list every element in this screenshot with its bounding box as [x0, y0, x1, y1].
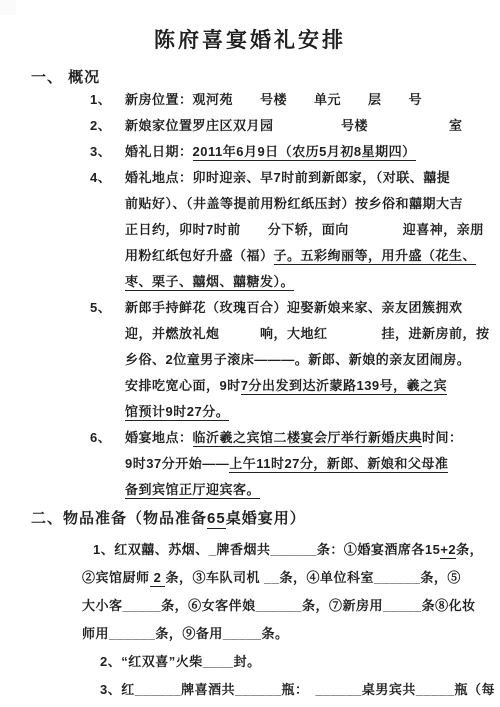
section1-item-3: 3、婚礼日期：2011年6月9日（农历5月初8星期四）	[0, 139, 500, 165]
text-segment: 安排吃宽心面，9时	[125, 378, 241, 393]
underlined-text: 65	[207, 510, 226, 529]
section2-heading: 二、物品准备（物品准备65桌婚宴用）	[31, 510, 500, 528]
section2-item-3-line-1: 3、红______牌喜酒共______瓶： ______桌男宾共_____瓶（每	[82, 676, 500, 704]
section1-item-5-line-1: 5、新郎手持鲜花（玫瑰百合）迎娶新娘来家、亲友团簇拥欢	[0, 295, 500, 321]
section1-item-1: 1、新房位置：观河苑 号楼 单元 层 号	[0, 87, 500, 113]
underlined-text: 馆预计9时27分。	[125, 404, 229, 421]
text-segment: 大小客_____条，⑥女客伴娘______条，⑦新房用_____条⑧化妆	[82, 598, 476, 613]
text-segment: 正日约，卯时7时前 分下轿，面向 迎喜神，亲朋	[125, 222, 484, 237]
scan-corner-artifact	[0, 0, 16, 15]
text-segment: 婚礼日期：	[125, 144, 193, 159]
section1-item-5-line-3: 乡俗、2位童男子滚床———。新郎、新娘的亲友团闹房。	[0, 347, 500, 373]
section1-item-5-line-2: 迎，并燃放礼炮 响，大地红 挂，进新房前，按	[0, 321, 500, 347]
page-title: 陈府喜宴婚礼安排	[0, 0, 500, 56]
underlined-text: 7分出发到达沂蒙路139号，羲之宾	[241, 378, 447, 395]
text-segment: 婚宴地点：	[125, 430, 193, 445]
section1-item-6-line-3: 备到宾馆正厅迎宾客。	[0, 477, 500, 503]
text-segment: 桌婚宴用）	[226, 510, 306, 527]
section1-heading: 一、 概况	[31, 69, 500, 87]
section2-heading-line-1: 二、物品准备（物品准备65桌婚宴用）	[31, 510, 500, 528]
text-segment: 2、“红双喜”火柴____封。	[100, 654, 261, 669]
text-segment: 新娘家位置罗庄区双月园 号楼 室	[125, 118, 463, 133]
section1-item-1-line-1: 1、新房位置：观河苑 号楼 单元 层 号	[0, 87, 500, 113]
underlined-text: 临沂羲之宾馆二楼宴会厅举行新婚庆典	[193, 430, 423, 447]
section1-item-6: 6、婚宴地点：临沂羲之宾馆二楼宴会厅举行新婚庆典时间：9时37分开始——上午11…	[0, 425, 500, 503]
section1-item-1-number: 1、	[90, 87, 111, 113]
section1-item-6-line-2: 9时37分开始——上午11时27分，新郎、新娘和父母准	[0, 451, 500, 477]
text-segment: 条，	[456, 542, 483, 557]
section2-item-1-line-2: ②宾馆厨师 2 条，③车队司机 __条，④单位科室______条，⑤	[82, 564, 500, 592]
text-segment: 新房位置：观河苑 号楼 单元 层 号	[125, 92, 422, 107]
text-segment: 前贴好）、（井盖等提前用粉红纸压封）按乡俗和囍期大吉	[125, 196, 463, 211]
text-segment: 条，③车队司机 __条，④单位科室______条，⑤	[165, 570, 460, 585]
section1-item-4-line-5: 枣、栗子、囍烟、囍糖发）。	[0, 269, 500, 295]
section2-item-2: 2、“红双喜”火柴____封。	[0, 648, 500, 676]
text-segment: 师用______条，⑨备用_____条。	[82, 626, 289, 641]
section1-item-2-number: 2、	[90, 113, 111, 139]
section1-item-5-number: 5、	[90, 295, 111, 321]
underlined-text: 子。五彩绚丽等，用升盛（花生、	[274, 248, 477, 265]
text-segment: 二、物品准备（物品准备	[31, 510, 207, 527]
section1-item-5-line-4: 安排吃宽心面，9时7分出发到达沂蒙路139号，羲之宾	[0, 373, 500, 399]
section1-item-2-line-1: 2、新娘家位置罗庄区双月园 号楼 室	[0, 113, 500, 139]
text-segment: ②宾馆厨师	[82, 570, 150, 585]
section1-item-3-number: 3、	[90, 139, 111, 165]
section1-heading-line-1: 一、 概况	[31, 69, 500, 87]
section1-item-5-line-5: 馆预计9时27分。	[0, 399, 500, 425]
text-segment: 9时37分开始——	[125, 456, 229, 471]
text-segment: 时间：	[422, 430, 463, 445]
text-segment: 用粉红纸包好升盛（福）	[125, 248, 274, 263]
section2-item-1-line-1: 1、红双囍、苏烟、_牌香烟共______条：①婚宴酒席各15+2条，	[82, 536, 500, 564]
underlined-text: 枣、栗子、囍烟、囍糖发）。	[125, 274, 294, 291]
text-segment: 婚礼地点：卯时迎亲、早7时前到新郎家，（对联、囍提	[125, 170, 450, 185]
text-segment: 1、红双囍、苏烟、_牌香烟共______条：①婚宴酒席各15	[93, 542, 440, 557]
section1-item-6-line-1: 6、婚宴地点：临沂羲之宾馆二楼宴会厅举行新婚庆典时间：	[0, 425, 500, 451]
text-segment: 新郎手持鲜花（玫瑰百合）迎娶新娘来家、亲友团簇拥欢	[125, 300, 463, 315]
underlined-text: 2011年6月9日（农历5月初8星期四）	[193, 144, 416, 161]
section1-item-4-line-3: 正日约，卯时7时前 分下轿，面向 迎喜神，亲朋	[0, 217, 500, 243]
underlined-text: 2	[150, 570, 166, 587]
section1-item-4-line-2: 前贴好）、（井盖等提前用粉红纸压封）按乡俗和囍期大吉	[0, 191, 500, 217]
document-page: 陈府喜宴婚礼安排 一、 概况1、新房位置：观河苑 号楼 单元 层 号2、新娘家位…	[0, 0, 500, 707]
section1-item-4: 4、婚礼地点：卯时迎亲、早7时前到新郎家，（对联、囍提前贴好）、（井盖等提前用粉…	[0, 165, 500, 295]
section1-item-5: 5、新郎手持鲜花（玫瑰百合）迎娶新娘来家、亲友团簇拥欢迎，并燃放礼炮 响，大地红…	[0, 295, 500, 425]
section1-item-3-line-1: 3、婚礼日期：2011年6月9日（农历5月初8星期四）	[0, 139, 500, 165]
underlined-text: 上午11时27分，新郎、新娘和父母准	[229, 456, 448, 473]
section2-item-1: 1、红双囍、苏烟、_牌香烟共______条：①婚宴酒席各15+2条，②宾馆厨师 …	[0, 536, 500, 648]
text-segment: 3、红______牌喜酒共______瓶： ______桌男宾共_____瓶（每	[100, 682, 495, 697]
section2-item-1-line-3: 大小客_____条，⑥女客伴娘______条，⑦新房用_____条⑧化妆	[82, 592, 500, 620]
text-segment: 乡俗、2位童男子滚床———。新郎、新娘的亲友团闹房。	[125, 352, 470, 367]
underlined-text: +2	[440, 542, 456, 559]
section1-item-4-line-4: 用粉红纸包好升盛（福）子。五彩绚丽等，用升盛（花生、	[0, 243, 500, 269]
section1-item-2: 2、新娘家位置罗庄区双月园 号楼 室	[0, 113, 500, 139]
section2-item-3: 3、红______牌喜酒共______瓶： ______桌男宾共_____瓶（每	[0, 676, 500, 704]
underlined-text: 备到宾馆正厅迎宾客。	[125, 482, 260, 499]
section2-item-2-line-1: 2、“红双喜”火柴____封。	[82, 648, 500, 676]
text-segment: 一、 概况	[31, 69, 100, 86]
section1-item-4-number: 4、	[90, 165, 111, 191]
section2-item-1-line-4: 师用______条，⑨备用_____条。	[82, 620, 500, 648]
section1-item-4-line-1: 4、婚礼地点：卯时迎亲、早7时前到新郎家，（对联、囍提	[0, 165, 500, 191]
document-body: 一、 概况1、新房位置：观河苑 号楼 单元 层 号2、新娘家位置罗庄区双月园 号…	[0, 69, 500, 704]
section1-item-6-number: 6、	[90, 425, 111, 451]
text-segment: 迎，并燃放礼炮 响，大地红 挂，进新房前，按	[125, 326, 490, 341]
